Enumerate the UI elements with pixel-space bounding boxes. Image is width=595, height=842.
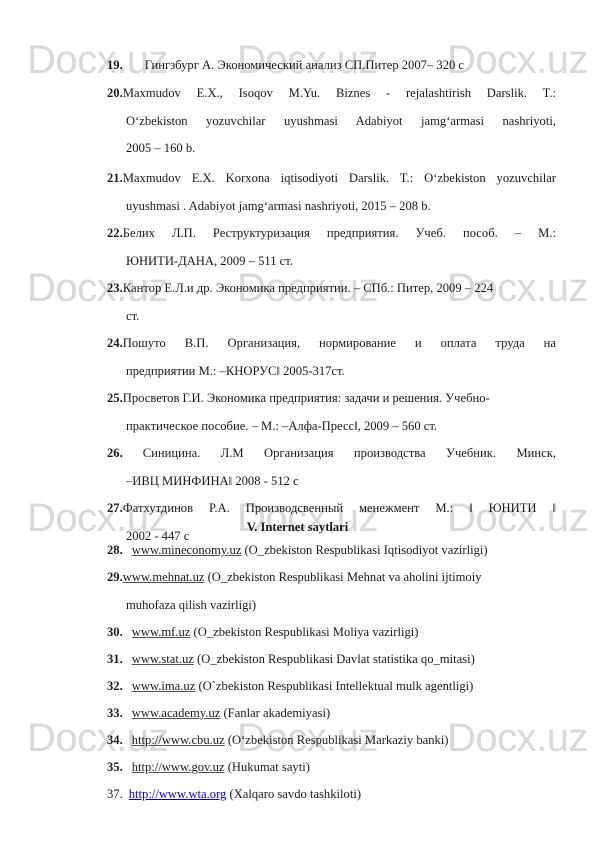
reference-text: практическое пособие. – М.: –Алфа-Пресс‖… (107, 413, 556, 441)
reference-number: 23. (107, 281, 123, 295)
reference-text: предприятии М.: –КНОРУС‖ 2005-317ст. (107, 358, 556, 386)
reference-number: 19. (107, 58, 123, 72)
reference-text: 2005 – 160 b. (107, 135, 556, 163)
site-link-ima[interactable]: www.ima.uz (132, 679, 196, 693)
site-link-wta[interactable]: http://www.wta.org (129, 787, 227, 801)
site-32: 32.www.ima.uz (O`zbekiston Respublikasi … (107, 673, 556, 701)
site-description: (Fanlar akademiyasi) (220, 706, 330, 720)
reference-text: Кантор Е.Л.и др. Экономика предприятии. … (123, 281, 493, 295)
site-30: 30.www.mf.uz (O_zbekiston Respublikasi M… (107, 619, 556, 647)
reference-number: 27. (107, 501, 123, 515)
site-number: 28. (107, 543, 123, 557)
site-35: 35.http://www.gov.uz (Hukumat sayti) (107, 754, 556, 782)
site-description-continued: muhofaza qilish vazirligi) (107, 592, 556, 620)
site-description: (O`zbekiston Respublikasi Intellektual m… (195, 679, 473, 693)
reference-number: 21. (107, 171, 123, 185)
site-link-mehnat[interactable]: www.mehnat.uz (123, 570, 205, 584)
reference-text: Maxmudov E.X. Korxona iqtisodiyoti Darsl… (123, 171, 556, 185)
reference-24: 24.Пошуто В.П. Организация, нормирование… (107, 330, 556, 385)
reference-number: 24. (107, 336, 123, 350)
site-link-mineconomy[interactable]: www.mineconomy.uz (132, 543, 242, 557)
reference-text: Просветов Г.И. Экономика предприятия: за… (123, 391, 490, 405)
reference-number: 26. (107, 446, 123, 460)
site-description: (O_zbekiston Respublikasi Moliya vazirli… (190, 625, 418, 639)
reference-25: 25.Просветов Г.И. Экономика предприятия:… (107, 385, 556, 440)
site-number: 29. (107, 570, 123, 584)
site-number: 33. (107, 706, 123, 720)
site-link-mf[interactable]: www.mf.uz (132, 625, 191, 639)
site-34: 34.http://www.cbu.uz (O‘zbekiston Respub… (107, 727, 556, 755)
site-33: 33.www.academy.uz (Fanlar akademiyasi) (107, 700, 556, 728)
reference-text: Фатхутдинов Р.А. Производсвенный менежме… (123, 501, 556, 515)
reference-text: uyushmasi . Adabiyot jamg‘armasi nashriy… (107, 193, 556, 221)
site-description: (Hukumat sayti) (225, 760, 310, 774)
reference-text: Синицина. Л.М Организация производства У… (143, 446, 556, 460)
reference-23: 23.Кантор Е.Л.и др. Экономика предприяти… (107, 275, 556, 330)
reference-text: Гингзбург А. Экономический анализ СП.Пит… (145, 58, 464, 72)
site-number: 35. (107, 760, 123, 774)
document-page: 19.Гингзбург А. Экономический анализ СП.… (0, 0, 595, 842)
site-number: 37. (107, 787, 123, 801)
site-description: (O_zbekiston Respublikasi Mehnat va ahol… (204, 570, 481, 584)
site-number: 34. (107, 733, 123, 747)
site-31: 31.www.stat.uz (O_zbekiston Respublikasi… (107, 646, 556, 674)
reference-text: Maxmudov E.X., Isoqov M.Yu. Biznes - rej… (123, 86, 556, 100)
reference-20: 20.Maxmudov E.X., Isoqov M.Yu. Biznes - … (107, 80, 556, 163)
site-37: 37.http://www.wta.org (Xalqaro savdo tas… (107, 781, 556, 809)
reference-21: 21.Maxmudov E.X. Korxona iqtisodiyoti Da… (107, 165, 556, 220)
site-link-stat[interactable]: www.stat.uz (132, 652, 194, 666)
reference-text: Пошуто В.П. Организация, нормирование и … (123, 336, 556, 350)
reference-22: 22.Белих Л.П. Реструктуризация предприят… (107, 220, 556, 275)
reference-19: 19.Гингзбург А. Экономический анализ СП.… (107, 52, 556, 80)
reference-text: –ИВЦ МИНФИНА‖ 2008 - 512 с (107, 468, 556, 496)
site-description: (O_zbekiston Respublikasi Davlat statist… (194, 652, 475, 666)
reference-text: ст. (107, 303, 556, 331)
site-link-cbu[interactable]: http://www.cbu.uz (132, 733, 225, 747)
site-number: 31. (107, 652, 123, 666)
reference-number: 22. (107, 226, 123, 240)
site-description: (O‘zbekiston Respublikasi Markaziy banki… (225, 733, 449, 747)
site-description: (Xalqaro savdo tashkiloti) (226, 787, 361, 801)
section-heading: V. Internet saytlari (0, 517, 595, 537)
site-link-academy[interactable]: www.academy.uz (132, 706, 221, 720)
reference-text: ЮНИТИ-ДАНА, 2009 – 511 ст. (107, 248, 556, 276)
site-28: 28.www.mineconomy.uz (O_zbekiston Respub… (107, 537, 556, 565)
reference-text: Белих Л.П. Реструктуризация предприятия.… (123, 226, 556, 240)
site-number: 30. (107, 625, 123, 639)
site-number: 32. (107, 679, 123, 693)
site-29: 29.www.mehnat.uz (O_zbekiston Respublika… (107, 564, 556, 619)
reference-number: 25. (107, 391, 123, 405)
site-link-gov[interactable]: http://www.gov.uz (132, 760, 225, 774)
site-description: (O_zbekiston Respublikasi Iqtisodiyot va… (241, 543, 487, 557)
reference-number: 20. (107, 86, 123, 100)
reference-text: O‘zbekiston yozuvchilar uyushmasi Adabiy… (107, 108, 556, 136)
reference-26: 26.Синицина. Л.М Организация производств… (107, 440, 556, 495)
